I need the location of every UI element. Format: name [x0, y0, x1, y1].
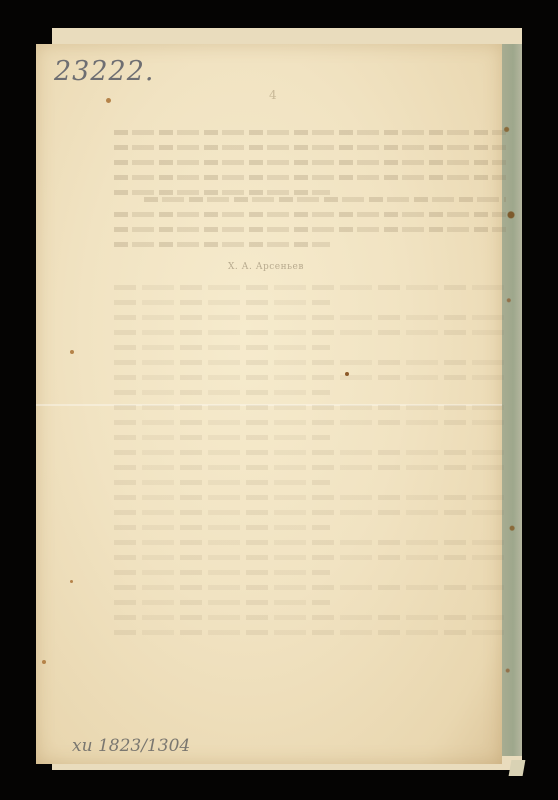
- page-mark: 4: [269, 88, 277, 102]
- show-through-text: [114, 285, 506, 645]
- inventory-number: 23222.: [54, 56, 154, 87]
- signature-line: Х. А. Арсеньев: [138, 262, 304, 272]
- paragraph-2: [114, 197, 506, 257]
- foxing-spot: [70, 350, 74, 354]
- archive-mark: хи 1823/1304: [72, 736, 190, 756]
- foxing-spot: [70, 580, 73, 583]
- foxing-spot: [345, 372, 349, 376]
- foxing-spot: [106, 98, 111, 103]
- paragraph-1: [114, 130, 506, 205]
- signature-surname: Арсеньев: [256, 262, 304, 272]
- foxing-spot: [42, 660, 46, 664]
- signature-initials: Х. А.: [228, 262, 252, 272]
- page-tab-corner: [509, 760, 526, 776]
